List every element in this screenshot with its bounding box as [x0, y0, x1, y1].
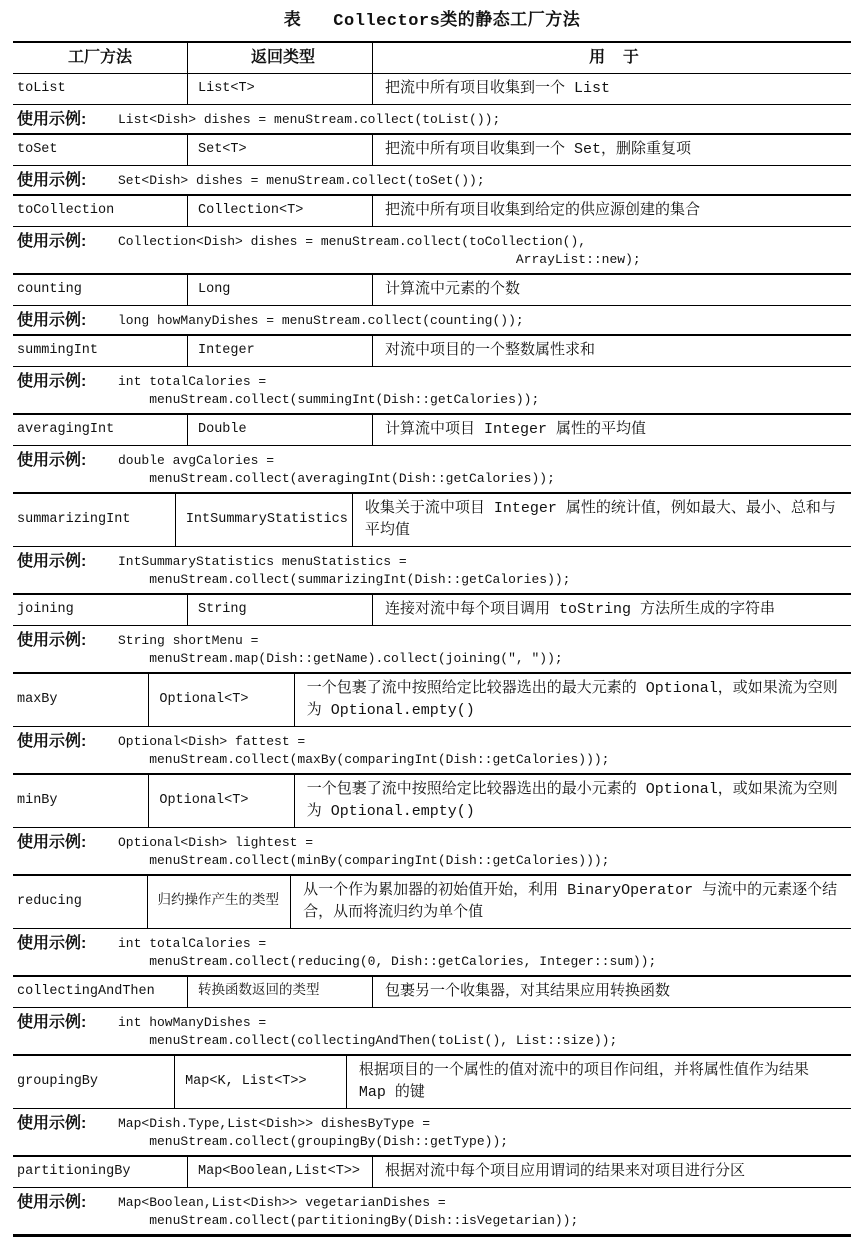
table-row-summingint: summingInt Integer 对流中项目的一个整数属性求和: [13, 336, 851, 367]
method-description: 收集关于流中项目 Integer 属性的统计值，例如最大、最小、总和与平均值: [352, 494, 851, 546]
table-title: 表 Collectors类的静态工厂方法: [0, 0, 864, 41]
factory-method-name: toList: [13, 74, 187, 104]
usage-example-code: long howManyDishes = menuStream.collect(…: [118, 312, 847, 330]
table-row-joining: joining String 连接对流中每个项目调用 toString 方法所生…: [13, 595, 851, 626]
usage-example-row-groupingby: 使用示例: Map<Dish.Type,List<Dish>> dishesBy…: [13, 1109, 851, 1157]
usage-example-code: List<Dish> dishes = menuStream.collect(t…: [118, 111, 847, 129]
usage-example-code: int totalCalories = menuStream.collect(s…: [118, 373, 847, 409]
table-row-maxby: maxBy Optional<T> 一个包裹了流中按照给定比较器选出的最大元素的…: [13, 674, 851, 727]
usage-example-label: 使用示例:: [17, 632, 118, 650]
document-page: 表 Collectors类的静态工厂方法 工厂方法 返回类型 用 于 toLis…: [0, 0, 864, 1237]
usage-example-label: 使用示例:: [17, 233, 118, 251]
usage-example-label: 使用示例:: [17, 1115, 118, 1133]
return-type: Set<T>: [187, 135, 372, 165]
usage-example-row-tolist: 使用示例: List<Dish> dishes = menuStream.col…: [13, 105, 851, 135]
return-type: Optional<T>: [148, 674, 293, 726]
return-type: Map<Boolean,List<T>>: [187, 1157, 372, 1187]
usage-example-row-reducing: 使用示例: int totalCalories = menuStream.col…: [13, 929, 851, 977]
collectors-factory-methods-table: 工厂方法 返回类型 用 于 toList List<T> 把流中所有项目收集到一…: [13, 41, 851, 1237]
method-description: 连接对流中每个项目调用 toString 方法所生成的字符串: [372, 595, 851, 625]
table-row-partitioningby: partitioningBy Map<Boolean,List<T>> 根据对流…: [13, 1157, 851, 1188]
table-header-row: 工厂方法 返回类型 用 于: [13, 43, 851, 74]
table-row-groupingby: groupingBy Map<K, List<T>> 根据项目的一个属性的值对流…: [13, 1056, 851, 1109]
usage-example-code: Optional<Dish> fattest = menuStream.coll…: [118, 733, 847, 769]
method-description: 根据对流中每个项目应用谓词的结果来对项目进行分区: [372, 1157, 851, 1187]
usage-example-code: double avgCalories = menuStream.collect(…: [118, 452, 847, 488]
table-row-tocollection: toCollection Collection<T> 把流中所有项目收集到给定的…: [13, 196, 851, 227]
header-factory-method: 工厂方法: [13, 43, 187, 73]
table-row-tolist: toList List<T> 把流中所有项目收集到一个 List: [13, 74, 851, 105]
method-description: 对流中项目的一个整数属性求和: [372, 336, 851, 366]
method-description: 计算流中项目 Integer 属性的平均值: [372, 415, 851, 445]
return-type: Long: [187, 275, 372, 305]
usage-example-row-joining: 使用示例: String shortMenu = menuStream.map(…: [13, 626, 851, 674]
usage-example-label: 使用示例:: [17, 935, 118, 953]
table-row-counting: counting Long 计算流中元素的个数: [13, 275, 851, 306]
factory-method-name: toCollection: [13, 196, 187, 226]
table-row-reducing: reducing 归约操作产生的类型 从一个作为累加器的初始值开始，利用 Bin…: [13, 876, 851, 929]
usage-example-code: Optional<Dish> lightest = menuStream.col…: [118, 834, 847, 870]
usage-example-code: IntSummaryStatistics menuStatistics = me…: [118, 553, 847, 589]
return-type: 转换函数返回的类型: [187, 977, 372, 1007]
table-row-summarizingint: summarizingInt IntSummaryStatistics 收集关于…: [13, 494, 851, 547]
method-description: 包裹另一个收集器，对其结果应用转换函数: [372, 977, 851, 1007]
return-type: Integer: [187, 336, 372, 366]
usage-example-row-minby: 使用示例: Optional<Dish> lightest = menuStre…: [13, 828, 851, 876]
factory-method-name: summingInt: [13, 336, 187, 366]
return-type: Optional<T>: [148, 775, 293, 827]
return-type: 归约操作产生的类型: [147, 876, 291, 928]
usage-example-label: 使用示例:: [17, 111, 118, 129]
usage-example-label: 使用示例:: [17, 834, 118, 852]
return-type: Double: [187, 415, 372, 445]
method-description: 把流中所有项目收集到一个 Set，删除重复项: [372, 135, 851, 165]
return-type: IntSummaryStatistics: [175, 494, 352, 546]
usage-example-label: 使用示例:: [17, 373, 118, 391]
table-row-averagingint: averagingInt Double 计算流中项目 Integer 属性的平均…: [13, 415, 851, 446]
factory-method-name: averagingInt: [13, 415, 187, 445]
factory-method-name: maxBy: [13, 674, 148, 726]
usage-example-code: Map<Dish.Type,List<Dish>> dishesByType =…: [118, 1115, 847, 1151]
usage-example-code: int totalCalories = menuStream.collect(r…: [118, 935, 847, 971]
usage-example-label: 使用示例:: [17, 1014, 118, 1032]
method-description: 计算流中元素的个数: [372, 275, 851, 305]
usage-example-row-maxby: 使用示例: Optional<Dish> fattest = menuStrea…: [13, 727, 851, 775]
table-row-minby: minBy Optional<T> 一个包裹了流中按照给定比较器选出的最小元素的…: [13, 775, 851, 828]
return-type: List<T>: [187, 74, 372, 104]
return-type: Collection<T>: [187, 196, 372, 226]
factory-method-name: joining: [13, 595, 187, 625]
usage-example-row-summingint: 使用示例: int totalCalories = menuStream.col…: [13, 367, 851, 415]
method-description: 一个包裹了流中按照给定比较器选出的最大元素的 Optional，或如果流为空则为…: [294, 674, 851, 726]
usage-example-label: 使用示例:: [17, 1194, 118, 1212]
usage-example-label: 使用示例:: [17, 172, 118, 190]
usage-example-label: 使用示例:: [17, 312, 118, 330]
usage-example-label: 使用示例:: [17, 553, 118, 571]
factory-method-name: toSet: [13, 135, 187, 165]
method-description: 一个包裹了流中按照给定比较器选出的最小元素的 Optional，或如果流为空则为…: [294, 775, 851, 827]
return-type: Map<K, List<T>>: [174, 1056, 346, 1108]
factory-method-name: partitioningBy: [13, 1157, 187, 1187]
factory-method-name: counting: [13, 275, 187, 305]
usage-example-label: 使用示例:: [17, 733, 118, 751]
usage-example-row-toset: 使用示例: Set<Dish> dishes = menuStream.coll…: [13, 166, 851, 196]
usage-example-row-tocollection: 使用示例: Collection<Dish> dishes = menuStre…: [13, 227, 851, 275]
return-type: String: [187, 595, 372, 625]
factory-method-name: collectingAndThen: [13, 977, 187, 1007]
usage-example-row-counting: 使用示例: long howManyDishes = menuStream.co…: [13, 306, 851, 336]
factory-method-name: groupingBy: [13, 1056, 174, 1108]
method-description: 从一个作为累加器的初始值开始，利用 BinaryOperator 与流中的元素逐…: [290, 876, 851, 928]
usage-example-label: 使用示例:: [17, 452, 118, 470]
usage-example-code: Set<Dish> dishes = menuStream.collect(to…: [118, 172, 847, 190]
usage-example-code: Collection<Dish> dishes = menuStream.col…: [118, 233, 847, 269]
usage-example-row-averagingint: 使用示例: double avgCalories = menuStream.co…: [13, 446, 851, 494]
method-description: 根据项目的一个属性的值对流中的项目作问组，并将属性值作为结果 Map 的键: [346, 1056, 851, 1108]
usage-example-row-partitioningby: 使用示例: Map<Boolean,List<Dish>> vegetarian…: [13, 1188, 851, 1234]
header-return-type: 返回类型: [187, 43, 372, 73]
table-row-toset: toSet Set<T> 把流中所有项目收集到一个 Set，删除重复项: [13, 135, 851, 166]
factory-method-name: reducing: [13, 876, 147, 928]
usage-example-code: Map<Boolean,List<Dish>> vegetarianDishes…: [118, 1194, 847, 1230]
table-row-collectingandthen: collectingAndThen 转换函数返回的类型 包裹另一个收集器，对其结…: [13, 977, 851, 1008]
usage-example-code: int howManyDishes = menuStream.collect(c…: [118, 1014, 847, 1050]
usage-example-code: String shortMenu = menuStream.map(Dish::…: [118, 632, 847, 668]
method-description: 把流中所有项目收集到给定的供应源创建的集合: [372, 196, 851, 226]
usage-example-row-summarizingint: 使用示例: IntSummaryStatistics menuStatistic…: [13, 547, 851, 595]
usage-example-row-collectingandthen: 使用示例: int howManyDishes = menuStream.col…: [13, 1008, 851, 1056]
factory-method-name: minBy: [13, 775, 148, 827]
header-used-for: 用 于: [372, 43, 851, 73]
factory-method-name: summarizingInt: [13, 494, 175, 546]
method-description: 把流中所有项目收集到一个 List: [372, 74, 851, 104]
